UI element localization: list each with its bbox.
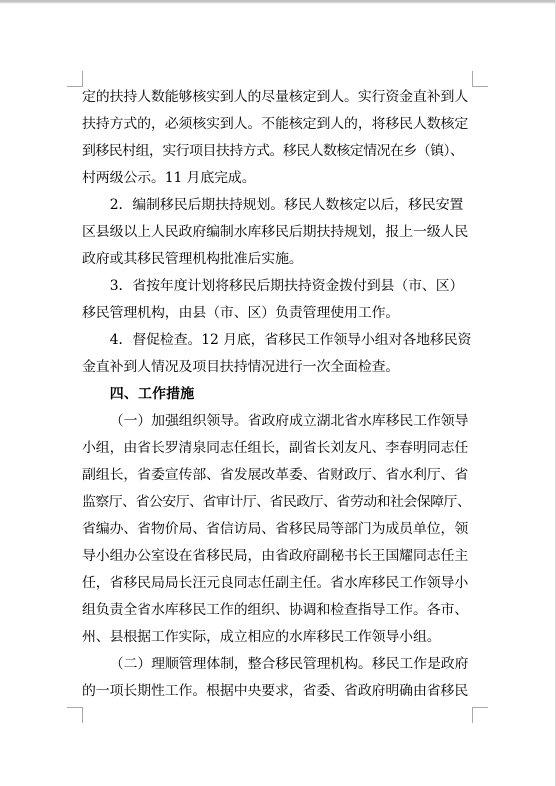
document-text: 定的扶持人数能够核实到人的尽量核定到人。实行资金直补到人扶持方式的，必须核实到人…	[82, 84, 474, 705]
text-line: 区县级以上人民政府编制水库移民后期扶持规划，报上一级人民	[82, 219, 474, 246]
text-line: 3．省按年度计划将移民后期扶持资金拨付到县（市、区）	[82, 273, 474, 300]
text-line: 金直补到人情况及项目扶持情况进行一次全面检查。	[82, 354, 474, 381]
text-boundary-mark-bottom-right	[472, 707, 488, 723]
text-line: 任，省移民局局长汪元良同志任副主任。省水库移民工作领导小	[82, 570, 474, 597]
text-boundary-mark-top-right	[472, 71, 488, 87]
text-line: 副组长，省委宣传部、省发展改革委、省财政厅、省水利厅、省	[82, 462, 474, 489]
text-boundary-mark-bottom-left	[67, 707, 83, 723]
text-line: 2．编制移民后期扶持规划。移民人数核定以后，移民安置	[82, 192, 474, 219]
text-line: 4．督促检查。12 月底，省移民工作领导小组对各地移民资	[82, 327, 474, 354]
text-line: 导小组办公室设在省移民局，由省政府副秘书长王国耀同志任主	[82, 543, 474, 570]
text-line: 监察厅、省公安厅、省审计厅、省民政厅、省劳动和社会保障厅、	[82, 489, 474, 516]
section-heading: 四、工作措施	[82, 381, 474, 408]
document-page: 定的扶持人数能够核实到人的尽量核定到人。实行资金直补到人扶持方式的，必须核实到人…	[0, 0, 556, 786]
text-line: （一）加强组织领导。省政府成立湖北省水库移民工作领导	[82, 408, 474, 435]
page-top-edge	[0, 0, 556, 4]
text-line: 省编办、省物价局、省信访局、省移民局等部门为成员单位，领	[82, 516, 474, 543]
text-line: （二）理顺管理体制，整合移民管理机构。移民工作是政府	[82, 651, 474, 678]
text-line: 到移民村组，实行项目扶持方式。移民人数核定情况在乡（镇）、	[82, 138, 474, 165]
text-line: 的一项长期性工作。根据中央要求，省委、省政府明确由省移民	[82, 678, 474, 705]
text-line: 政府或其移民管理机构批准后实施。	[82, 246, 474, 273]
text-line: 移民管理机构，由县（市、区）负责管理使用工作。	[82, 300, 474, 327]
text-boundary-mark-top-left	[67, 71, 83, 87]
text-line: 扶持方式的，必须核实到人。不能核定到人的，将移民人数核定	[82, 111, 474, 138]
text-line: 村两级公示。11 月底完成。	[82, 165, 474, 192]
text-line: 小组，由省长罗清泉同志任组长，副省长刘友凡、李春明同志任	[82, 435, 474, 462]
text-line: 组负责全省水库移民工作的组织、协调和检查指导工作。各市、	[82, 597, 474, 624]
text-line: 定的扶持人数能够核实到人的尽量核定到人。实行资金直补到人	[82, 84, 474, 111]
text-line: 州、县根据工作实际，成立相应的水库移民工作领导小组。	[82, 624, 474, 651]
